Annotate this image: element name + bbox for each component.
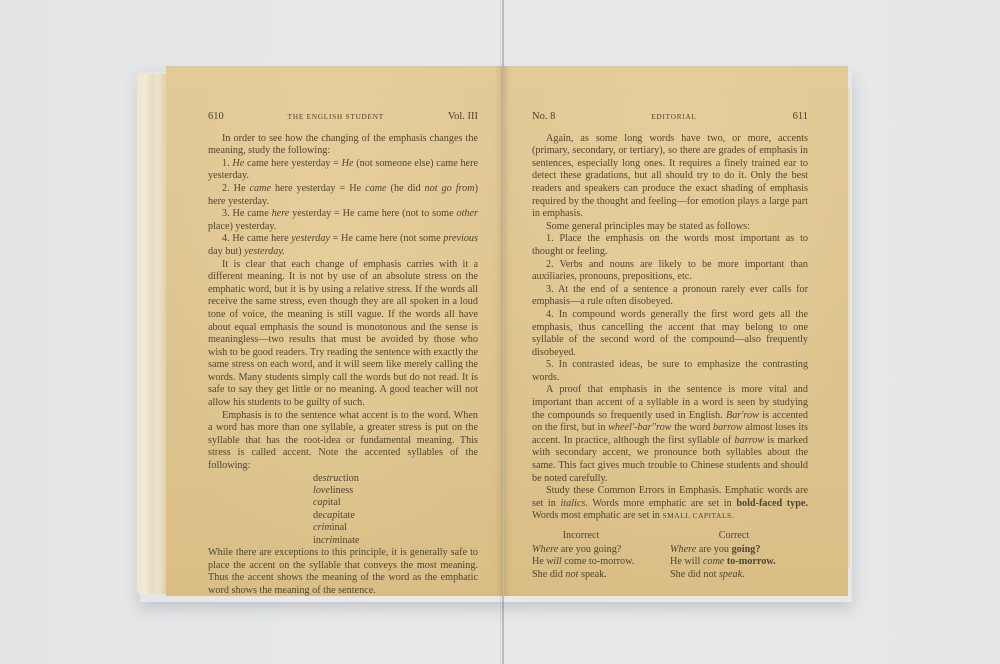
principles-intro: Some general principles may be stated as… bbox=[532, 221, 808, 234]
page-number: 610 bbox=[208, 111, 224, 124]
accented-word: loveliness bbox=[313, 485, 478, 497]
principles-list: 1. Place the emphasis on the words most … bbox=[532, 233, 808, 384]
principle-item: 4. In compound words generally the first… bbox=[532, 309, 808, 359]
paragraph-proof: A proof that emphasis in the sentence is… bbox=[532, 384, 808, 485]
incorrect-example: He will come to-morrow. bbox=[532, 556, 670, 569]
incorrect-example: Where are you going? bbox=[532, 544, 670, 557]
volume-label: Vol. III bbox=[448, 111, 478, 124]
accented-word: destruction bbox=[313, 473, 478, 485]
principle-item: 5. In contrasted ideas, be sure to empha… bbox=[532, 359, 808, 384]
issue-label: No. 8 bbox=[532, 111, 555, 124]
paragraph-exceptions: While there are exceptions to this princ… bbox=[208, 547, 478, 597]
correct-example: He will come to-morrow. bbox=[670, 556, 808, 569]
accented-word: incriminate bbox=[313, 535, 478, 547]
paragraph-accent: Emphasis is to the sentence what accent … bbox=[208, 410, 478, 473]
principle-item: 3. At the end of a sentence a pronoun ra… bbox=[532, 284, 808, 309]
left-page-content: 610 The English Student Vol. III In orde… bbox=[208, 111, 478, 597]
accented-word: criminal bbox=[313, 522, 478, 534]
right-page-content: No. 8 Editorial 611 Again, as some long … bbox=[532, 111, 808, 581]
paragraph-relative-stress: It is clear that each change of emphasis… bbox=[208, 259, 478, 410]
page-number: 611 bbox=[793, 111, 808, 124]
correct-rows: Where are you going?He will come to-morr… bbox=[670, 544, 808, 582]
accented-word-list: destructionlovelinesscapitaldecapitatecr… bbox=[313, 473, 478, 547]
principle-item: 2. Verbs and nouns are likely to be more… bbox=[532, 259, 808, 284]
paragraph-grades-of-emphasis: Again, as some long words have two, or m… bbox=[532, 133, 808, 221]
accented-word: decapitate bbox=[313, 510, 478, 522]
incorrect-example: She did not speak. bbox=[532, 569, 670, 582]
incorrect-rows: Where are you going?He will come to-morr… bbox=[532, 544, 670, 582]
example-item: 3. He came here yesterday = He came here… bbox=[208, 208, 478, 233]
correct-example: She did not speak. bbox=[670, 569, 808, 582]
left-page: 610 The English Student Vol. III In orde… bbox=[166, 66, 503, 596]
right-page: No. 8 Editorial 611 Again, as some long … bbox=[504, 66, 848, 596]
common-errors-table: Incorrect Where are you going?He will co… bbox=[532, 530, 808, 581]
incorrect-header: Incorrect bbox=[532, 530, 670, 543]
correct-example: Where are you going? bbox=[670, 544, 808, 557]
accented-word: capital bbox=[313, 497, 478, 509]
right-page-header: No. 8 Editorial 611 bbox=[532, 111, 808, 124]
example-item: 2. He came here yesterday = He came (he … bbox=[208, 183, 478, 208]
intro-paragraph: In order to see how the changing of the … bbox=[208, 133, 478, 158]
example-item: 4. He came here yesterday = He came here… bbox=[208, 233, 478, 258]
correct-column: Correct Where are you going?He will come… bbox=[670, 530, 808, 581]
correct-header: Correct bbox=[670, 530, 808, 543]
example-item: 1. He came here yesterday = He (not some… bbox=[208, 158, 478, 183]
running-head: Editorial bbox=[651, 111, 696, 124]
left-page-header: 610 The English Student Vol. III bbox=[208, 111, 478, 124]
emphasis-examples: 1. He came here yesterday = He (not some… bbox=[208, 158, 478, 259]
principle-item: 1. Place the emphasis on the words most … bbox=[532, 233, 808, 258]
paragraph-study-errors: Study these Common Errors in Emphasis. E… bbox=[532, 485, 808, 523]
running-head: The English Student bbox=[288, 111, 384, 124]
incorrect-column: Incorrect Where are you going?He will co… bbox=[532, 530, 670, 581]
